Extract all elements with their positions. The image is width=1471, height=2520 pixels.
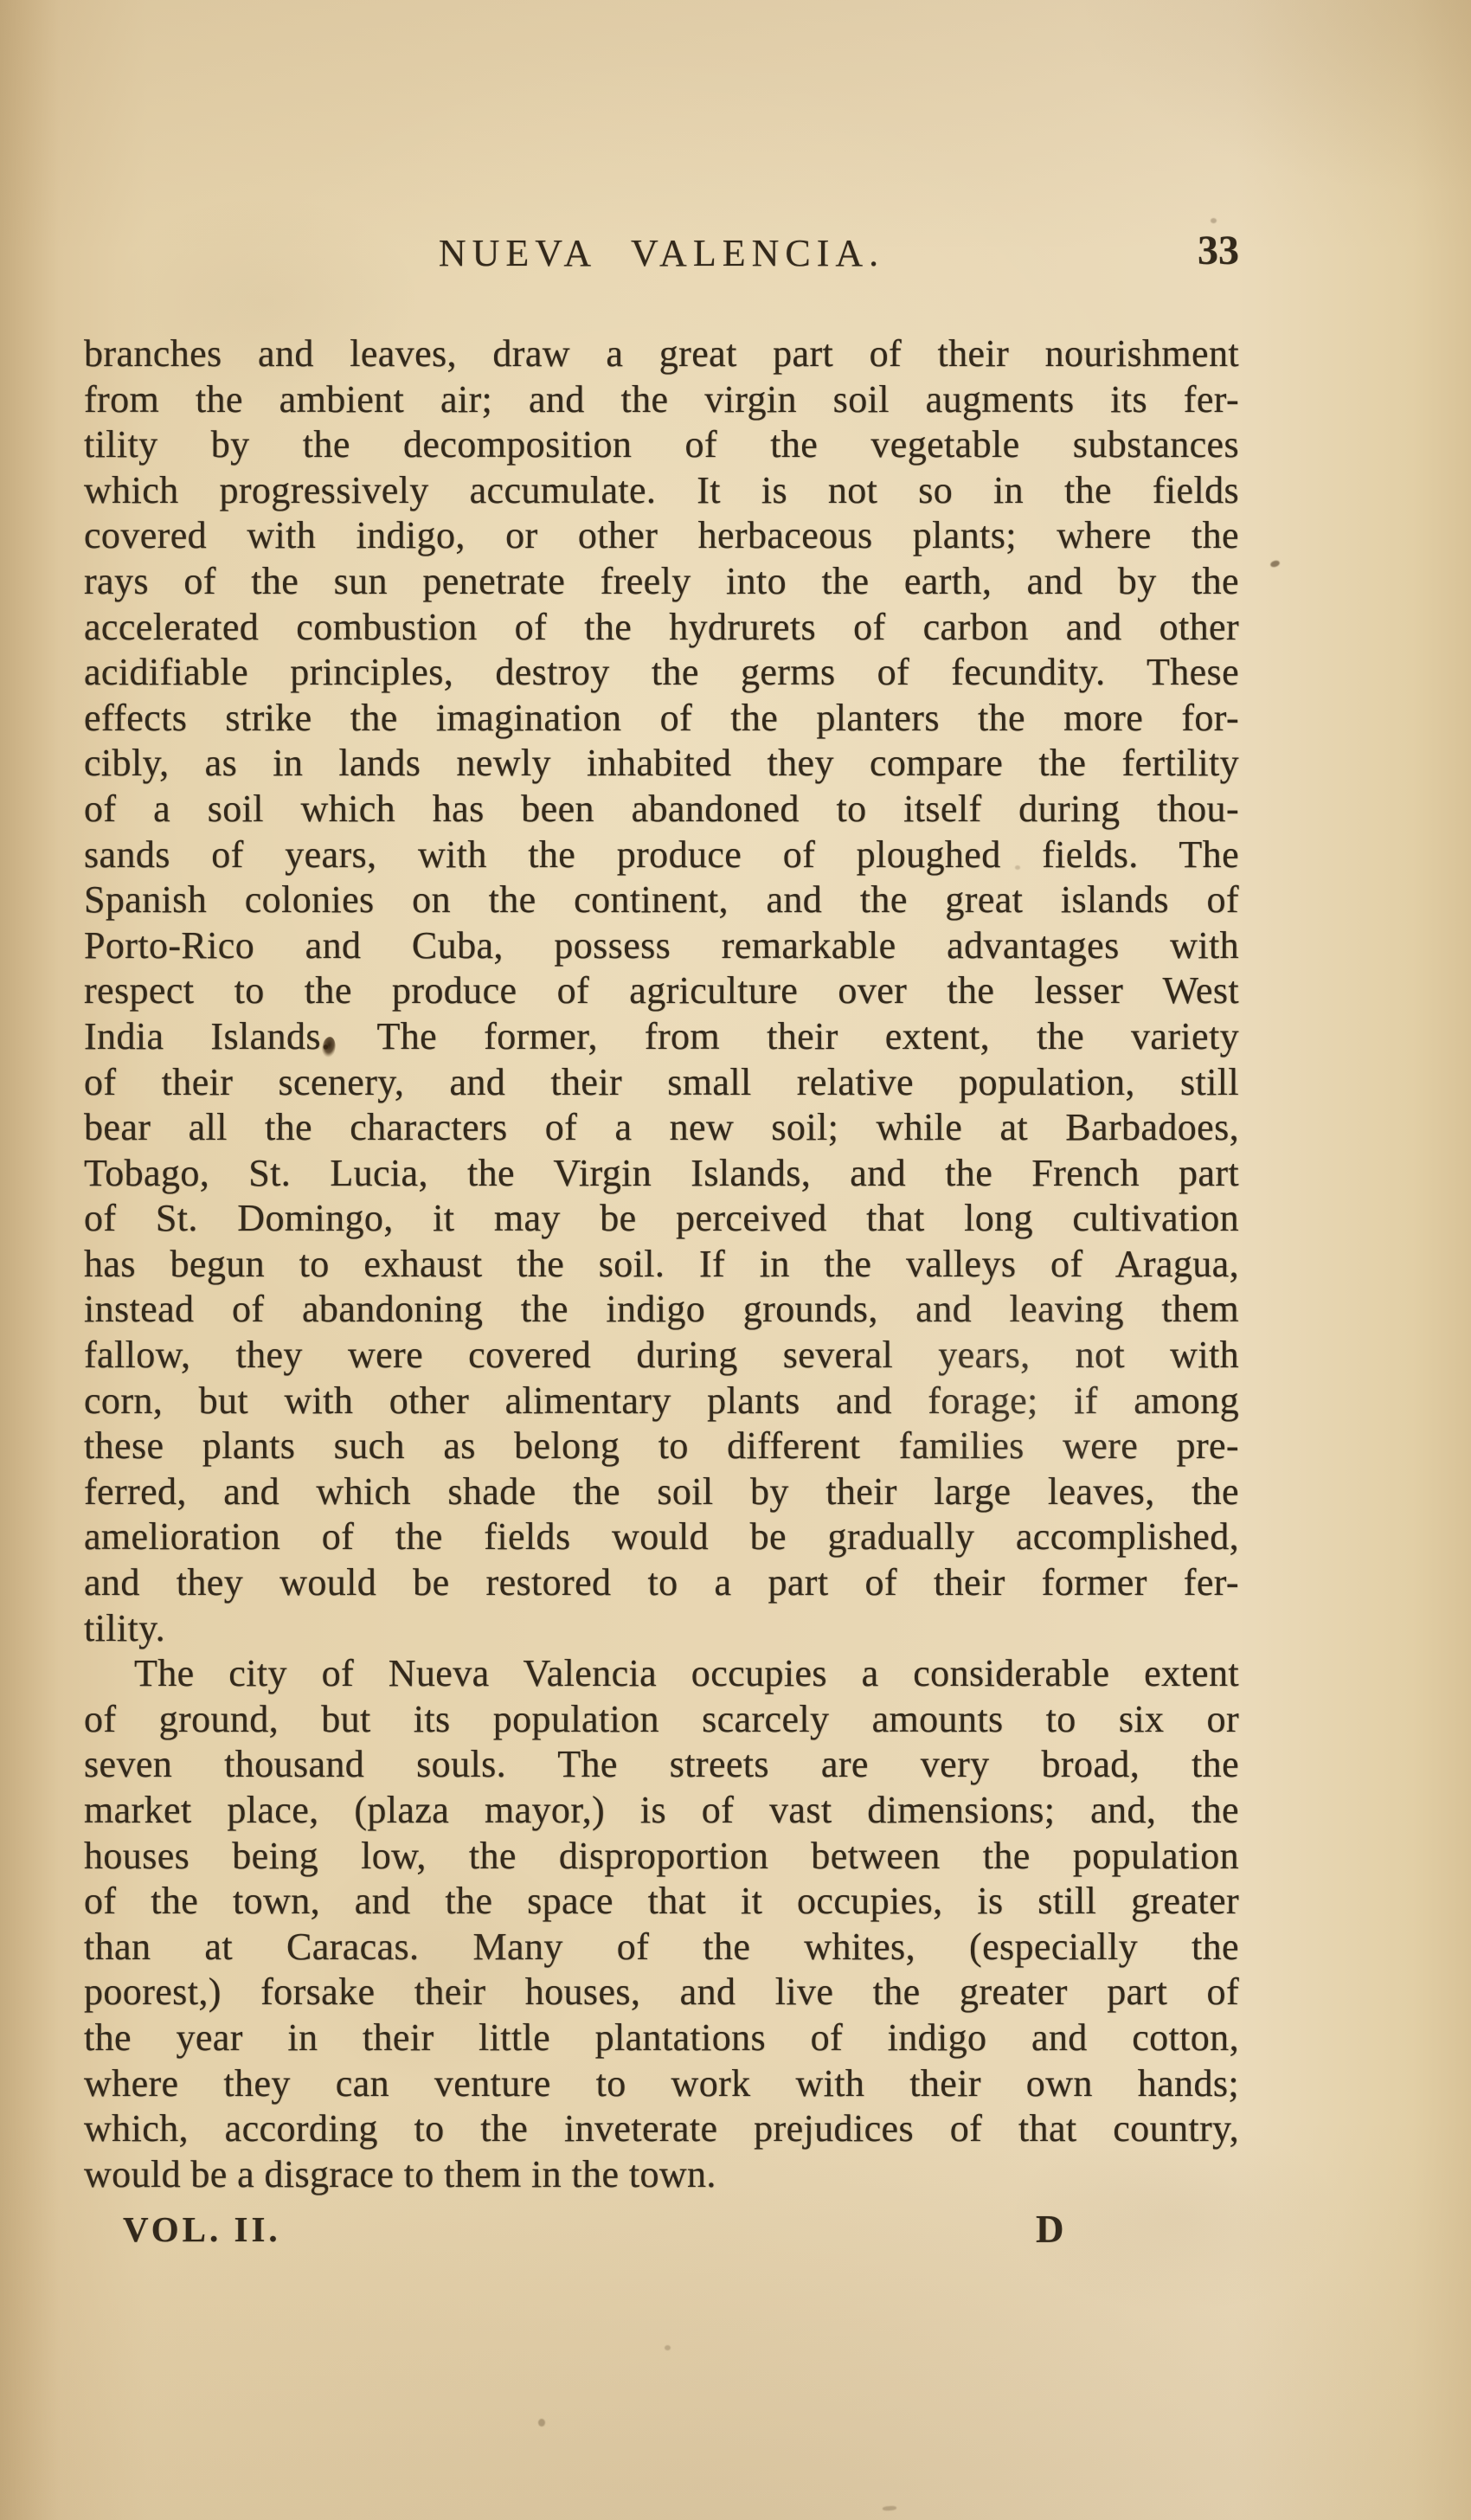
text-line: market place, (plaza mayor,) is of vast … [84, 1788, 1239, 1834]
text-line: Porto-Rico and Cuba, possess remarkable … [84, 923, 1239, 969]
text-line: rays of the sun penetrate freely into th… [84, 559, 1239, 605]
text-line: bear all the characters of a new soil; w… [84, 1105, 1239, 1151]
text-line: of the town, and the space that it occup… [84, 1879, 1239, 1925]
paper-speck [538, 2419, 545, 2427]
page-header: NUEVA VALENCIA. 33 [84, 232, 1239, 280]
text-line: corn, but with other alimentary plants a… [84, 1379, 1239, 1424]
text-line: of their scenery, and their small relati… [84, 1060, 1239, 1106]
text-line: sands of years, with the produce of plou… [84, 832, 1239, 878]
text-line: covered with indigo, or other herbaceous… [84, 513, 1239, 559]
text-line: poorest,) forsake their houses, and live… [84, 1970, 1239, 2015]
text-line: respect to the produce of agriculture ov… [84, 968, 1239, 1014]
text-line: ferred, and which shade the soil by thei… [84, 1469, 1239, 1515]
text-line: than at Caracas. Many of the whites, (es… [84, 1925, 1239, 1970]
text-line: where they can venture to work with thei… [84, 2061, 1239, 2107]
paragraph-2: The city of Nueva Valencia occupies a co… [84, 1651, 1239, 2197]
paper-speck [665, 2345, 671, 2350]
text-line: Spanish colonies on the continent, and t… [84, 877, 1239, 923]
volume-label: VOL. II. [123, 2208, 281, 2250]
paper-speck [1269, 559, 1281, 568]
text-line: which progressively accumulate. It is no… [84, 468, 1239, 514]
text-line: of ground, but its population scarcely a… [84, 1697, 1239, 1743]
text-line: branches and leaves, draw a great part o… [84, 331, 1239, 377]
text-line: houses being low, the disproportion betw… [84, 1834, 1239, 1880]
page-footer: VOL. II. D [84, 2208, 1239, 2257]
text-line: India Islands. The former, from their ex… [84, 1014, 1239, 1060]
text-line: cibly, as in lands newly inhabited they … [84, 741, 1239, 787]
text-line: fallow, they were covered during several… [84, 1333, 1239, 1379]
text-line: instead of abandoning the indigo grounds… [84, 1287, 1239, 1333]
text-line: accelerated combustion of the hydrurets … [84, 605, 1239, 651]
text-line: and they would be restored to a part of … [84, 1560, 1239, 1606]
text-line: of St. Domingo, it may be perceived that… [84, 1196, 1239, 1242]
text-line: amelioration of the fields would be grad… [84, 1514, 1239, 1560]
text-line: from the ambient air; and the virgin soi… [84, 377, 1239, 423]
text-line: seven thousand souls. The streets are ve… [84, 1742, 1239, 1788]
paper-speck [1211, 218, 1217, 223]
page-number: 33 [1198, 228, 1239, 273]
text-line: tility. [84, 1606, 1239, 1652]
text-line: effects strike the imagination of the pl… [84, 696, 1239, 742]
text-line: would be a disgrace to them in the town. [84, 2152, 1239, 2198]
scanned-book-page: NUEVA VALENCIA. 33 branches and leaves, … [0, 0, 1471, 2520]
text-line: which, according to the inveterate preju… [84, 2106, 1239, 2152]
text-line: of a soil which has been abandoned to it… [84, 787, 1239, 832]
paragraph-1: branches and leaves, draw a great part o… [84, 331, 1239, 1651]
running-title: NUEVA VALENCIA. [439, 232, 884, 275]
text-line: tility by the decomposition of the veget… [84, 422, 1239, 468]
page-body: branches and leaves, draw a great part o… [84, 331, 1239, 2197]
text-line: has begun to exhaust the soil. If in the… [84, 1242, 1239, 1288]
text-line: the year in their little plantations of … [84, 2015, 1239, 2061]
paper-speck [1015, 865, 1020, 870]
text-line: Tobago, St. Lucia, the Virgin Islands, a… [84, 1151, 1239, 1197]
paper-speck [883, 2505, 896, 2510]
text-line: acidifiable principles, destroy the germ… [84, 650, 1239, 696]
text-line: these plants such as belong to different… [84, 1424, 1239, 1469]
text-line: The city of Nueva Valencia occupies a co… [84, 1651, 1239, 1697]
signature-mark: D [1036, 2207, 1064, 2252]
